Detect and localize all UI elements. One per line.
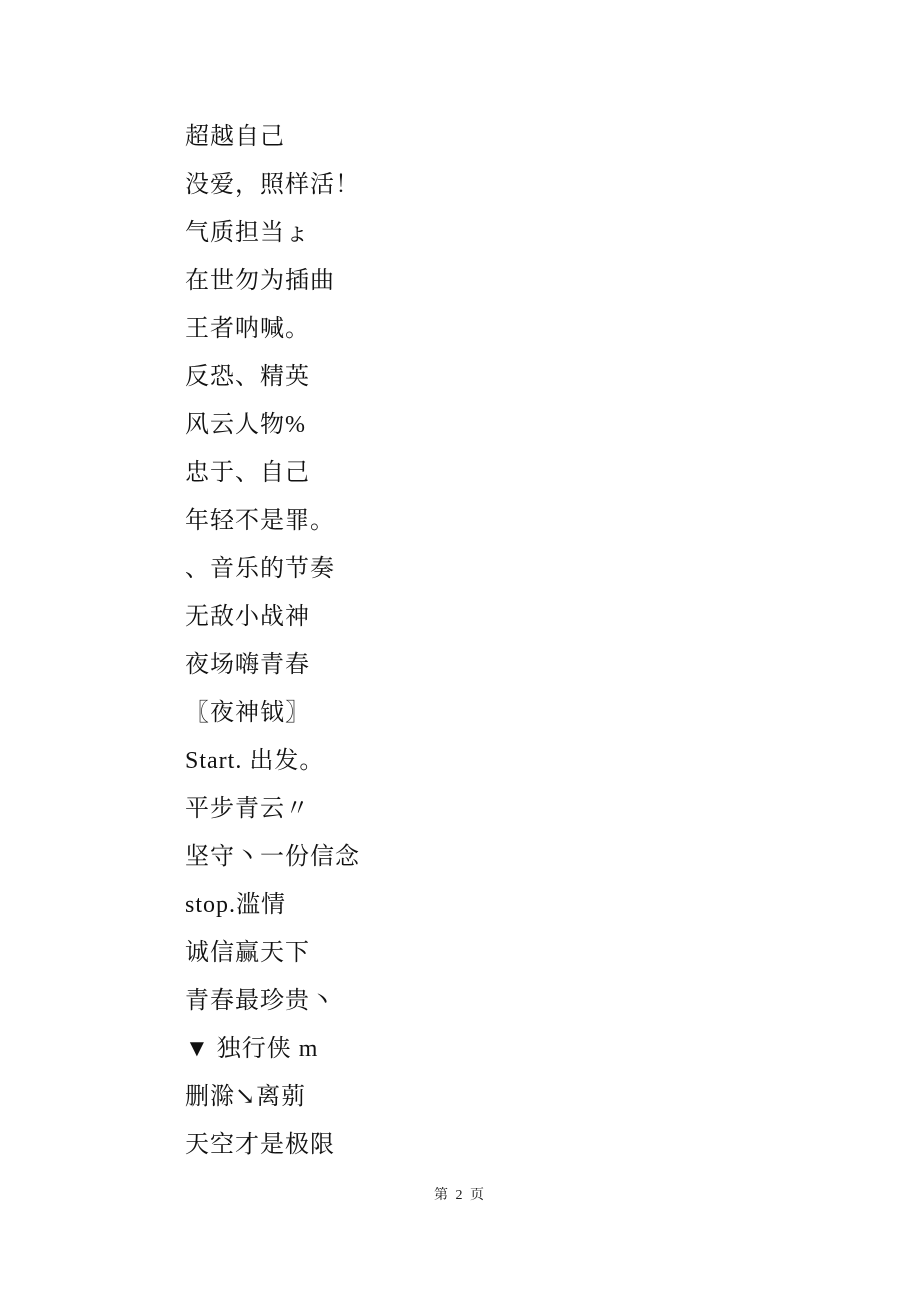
text-line: 〖夜神钺〗 [185,689,860,737]
text-line: 超越自己 [185,113,860,161]
text-line: 平步青云〃 [185,785,860,833]
page-footer: 第 2 页 [0,1184,920,1204]
text-line: 天空才是极限 [185,1121,860,1169]
page-number-label: 第 2 页 [434,1188,486,1203]
text-line: 反恐、精英 [185,353,860,401]
text-line: 风云人物% [185,401,860,449]
text-line: 年轻不是罪。 [185,497,860,545]
text-line: 、音乐的节奏 [185,545,860,593]
text-line: 没爱，照样活！ [185,161,860,209]
text-line: Start. 出发。 [185,737,860,785]
text-line: 忠于、自己 [185,449,860,497]
text-line: 删滁↘离莂 [185,1073,860,1121]
text-line: 气质担当ょ [185,209,860,257]
text-line: 坚守丶一份信念 [185,833,860,881]
document-page: 超越自己没爱，照样活！气质担当ょ在世勿为插曲王者呐喊。反恐、精英风云人物%忠于、… [0,0,920,1302]
nickname-list: 超越自己没爱，照样活！气质担当ょ在世勿为插曲王者呐喊。反恐、精英风云人物%忠于、… [185,113,860,1169]
text-line: 在世勿为插曲 [185,257,860,305]
text-line: stop.滥情 [185,881,860,929]
text-line: 王者呐喊。 [185,305,860,353]
text-line: 诚信赢天下 [185,929,860,977]
text-line: 无敌小战神 [185,593,860,641]
text-line: 青春最珍贵丶 [185,977,860,1025]
text-line: 夜场嗨青春 [185,641,860,689]
text-line: ▼ 独行侠 m [185,1025,860,1073]
